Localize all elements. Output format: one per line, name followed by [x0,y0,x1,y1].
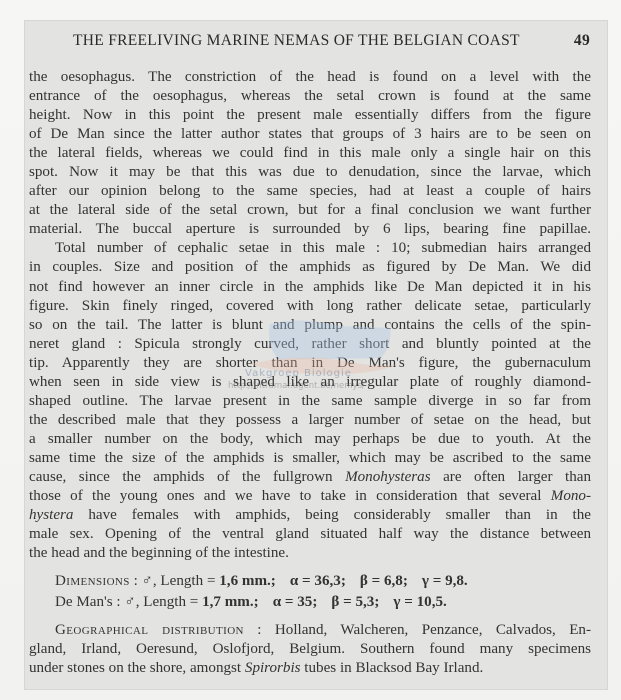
alpha-value: α = 36,3; [290,573,346,589]
beta-value: β = 5,3; [331,594,379,610]
gamma-value: γ = 9,8. [422,573,468,589]
page-number: 49 [574,32,590,50]
length-label: , Length = [136,594,202,610]
taxon-name: Spirorbis [245,660,301,676]
separator: : [113,594,125,610]
text-line: material. The buccal aperture is surroun… [29,220,591,239]
text-line: of De Man since the latter author states… [29,125,591,144]
spacer [29,563,591,571]
running-header: THE FREELIVING MARINE NEMAS OF THE BELGI… [24,32,608,52]
body-text: the oesophagus. The constriction of the … [29,68,591,678]
text-line: when seen in side view is shaped like an… [29,373,591,392]
text-line: a smaller number on the body, which may … [29,430,591,449]
geography-label: Geographical distribution [55,622,244,638]
text-line: same time the size of the amphids is sma… [29,449,591,468]
text-line: entrance of the oesophagus, whereas the … [29,87,591,106]
text-run: have females with amphids, being conside… [73,507,591,523]
de-mans-dimensions-line: De Man's : ♂, Length = 1,7 mm.;α = 35;β … [55,592,591,613]
dimensions-block: Dimensions : ♂, Length = 1,6 mm.;α = 36,… [29,571,591,613]
text-line: male sex. Opening of the ventral gland s… [29,525,591,544]
paragraph-description: Total number of cephalic setae in this m… [29,239,591,563]
text-run: cause, since the amphids of the fullgrow… [29,469,345,485]
text-line: not find however an inner circle in the … [29,278,591,297]
geographical-distribution: Geographical distribution : Holland, Wal… [29,621,591,678]
text-run: tubes in Blacksod Bay Irland. [301,660,484,676]
text-line: so on the tail. The latter is blunt and … [29,316,591,335]
taxon-name: hystera [29,507,73,523]
beta-value: β = 6,8; [360,573,408,589]
length-value: 1,6 mm.; [219,573,276,589]
text-line: cause, since the amphids of the fullgrow… [29,468,591,487]
text-run: : Holland, Walcheren, Penzance, Calvados… [244,622,591,638]
male-symbol-icon: ♂ [142,573,153,589]
text-line: the lateral fields, whereas we could fin… [29,144,591,163]
de-mans-label: De Man's [55,594,113,610]
scanned-page-background: THE FREELIVING MARINE NEMAS OF THE BELGI… [0,0,621,700]
spacer [29,613,591,621]
dimensions-label: Dimensions [55,573,130,589]
text-line: gland, Irland, Oeresund, Oslofjord, Belg… [29,640,591,659]
text-line: after our opinion belong to the same spe… [29,182,591,201]
text-run: those of the young ones and we have to t… [29,488,551,504]
running-head-title: THE FREELIVING MARINE NEMAS OF THE BELGI… [73,32,520,50]
text-run: are often larger than [431,469,591,485]
text-line: in couples. Size and position of the amp… [29,258,591,277]
text-line: height. Now in this point the present ma… [29,106,591,125]
length-value: 1,7 mm.; [202,594,259,610]
taxon-name: Monohysteras [345,469,431,485]
text-line: the described male that they possess a l… [29,411,591,430]
text-line: neret gland : Spicula strongly curved, r… [29,335,591,354]
text-line: shaped outline. The larvae present in th… [29,392,591,411]
male-symbol-icon: ♂ [124,594,135,610]
separator: : [130,573,142,589]
text-line: hystera have females with amphids, being… [29,506,591,525]
text-line: spot. Now it may be that this was due to… [29,163,591,182]
gamma-value: γ = 10,5. [393,594,446,610]
text-line: Geographical distribution : Holland, Wal… [29,621,591,640]
dimensions-line: Dimensions : ♂, Length = 1,6 mm.;α = 36,… [55,571,591,592]
text-line: at the lateral side of the setal crown, … [29,201,591,220]
text-line: those of the young ones and we have to t… [29,487,591,506]
text-run: under stones on the shore, amongst [29,660,245,676]
taxon-name: Mono- [551,488,591,504]
paragraph-continuation: the oesophagus. The constriction of the … [29,68,591,239]
text-line: under stones on the shore, amongst Spiro… [29,659,591,678]
text-line: figure. Skin finely ringed, covered with… [29,297,591,316]
alpha-value: α = 35; [273,594,318,610]
text-line: tip. Apparently they are shorter than in… [29,354,591,373]
text-line: the head and the beginning of the intest… [29,544,591,563]
text-line: the oesophagus. The constriction of the … [29,68,591,87]
text-line: Total number of cephalic setae in this m… [29,239,591,258]
length-label: , Length = [153,573,219,589]
document-page: THE FREELIVING MARINE NEMAS OF THE BELGI… [24,20,608,690]
